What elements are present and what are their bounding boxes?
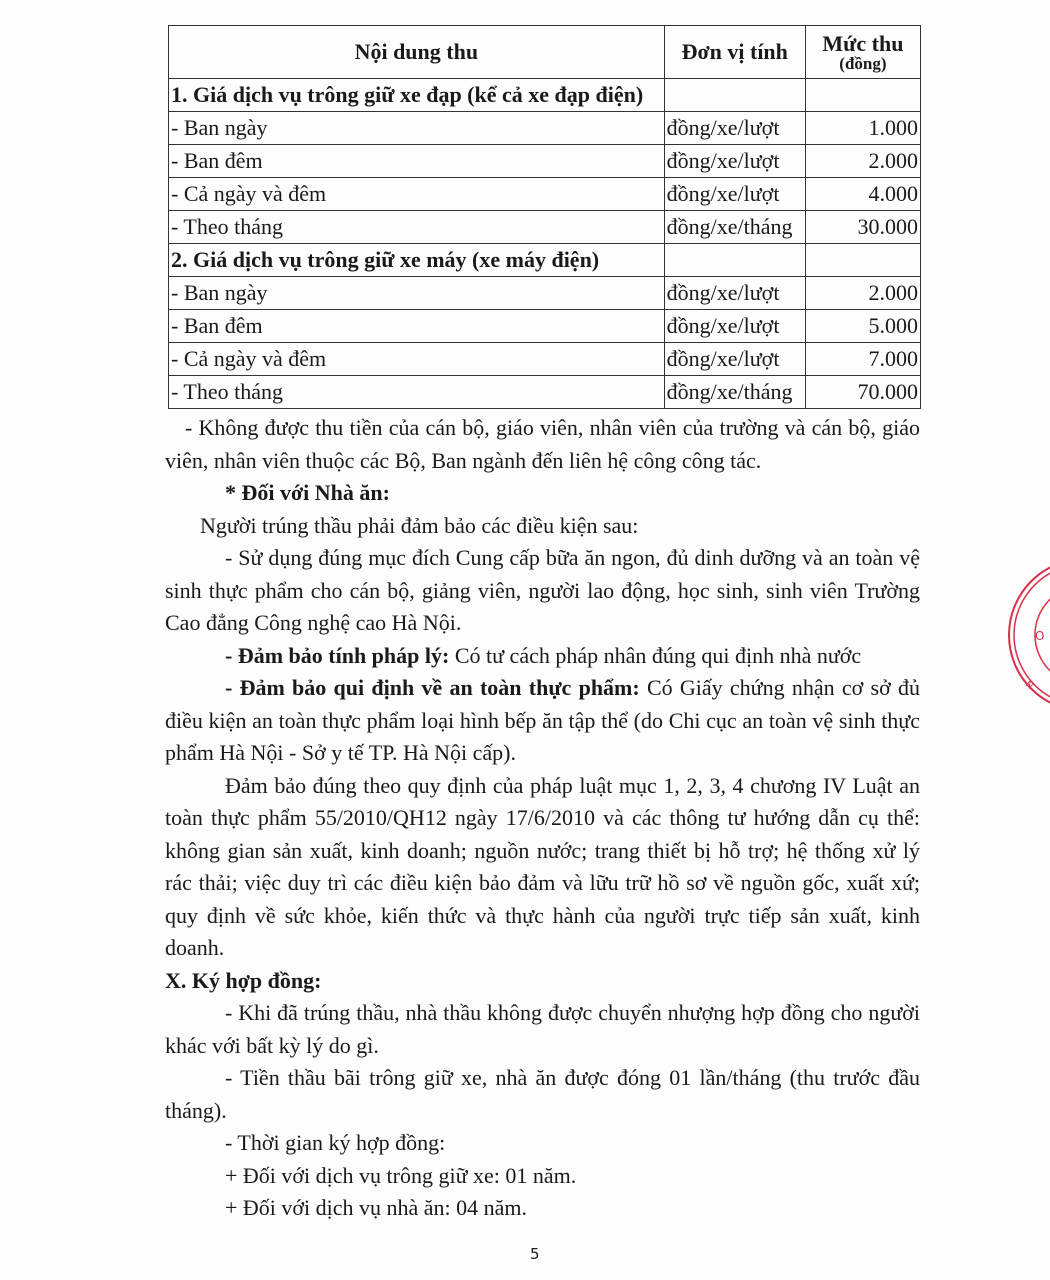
fee-unit: đồng/xe/tháng	[664, 376, 805, 409]
fee-amount: 1.000	[805, 112, 920, 145]
header-content: Nội dung thu	[169, 26, 665, 79]
svg-text:O: O	[1035, 629, 1044, 643]
header-unit: Đơn vị tính	[664, 26, 805, 79]
body-text: - Không được thu tiền của cán bộ, giáo v…	[165, 412, 920, 1225]
section-unit-empty	[664, 244, 805, 277]
section-row: 2. Giá dịch vụ trông giữ xe máy (xe máy …	[169, 244, 921, 277]
term-canteen: + Đối với dịch vụ nhà ăn: 04 năm.	[165, 1192, 920, 1225]
legal-requirement: - Đảm bảo tính pháp lý: Có tư cách pháp …	[165, 640, 920, 673]
fee-item: - Ban ngày	[169, 277, 665, 310]
table-row: - Theo thángđồng/xe/tháng70.000	[169, 376, 921, 409]
fee-item: - Theo tháng	[169, 376, 665, 409]
fee-unit: đồng/xe/lượt	[664, 145, 805, 178]
fee-amount: 30.000	[805, 211, 920, 244]
table-row: - Ban ngàyđồng/xe/lượt2.000	[169, 277, 921, 310]
section-title: 1. Giá dịch vụ trông giữ xe đạp (kể cả x…	[169, 79, 665, 112]
fee-item: - Ban đêm	[169, 310, 665, 343]
fee-item: - Ban ngày	[169, 112, 665, 145]
table-row: - Ban đêmđồng/xe/lượt5.000	[169, 310, 921, 343]
fee-amount: 5.000	[805, 310, 920, 343]
contract-term: - Thời gian ký hợp đồng:	[165, 1127, 920, 1160]
table-row: - Ban ngàyđồng/xe/lượt1.000	[169, 112, 921, 145]
fee-amount: 7.000	[805, 343, 920, 376]
no-fee-note: - Không được thu tiền của cán bộ, giáo v…	[165, 412, 920, 477]
section-amount-empty	[805, 79, 920, 112]
fee-unit: đồng/xe/tháng	[664, 211, 805, 244]
table-header-row: Nội dung thu Đơn vị tính Mức thu (đồng)	[169, 26, 921, 79]
canteen-intro: Người trúng thầu phải đảm bảo các điều k…	[165, 510, 920, 543]
fee-unit: đồng/xe/lượt	[664, 277, 805, 310]
fee-item: - Cả ngày và đêm	[169, 343, 665, 376]
fee-unit: đồng/xe/lượt	[664, 343, 805, 376]
table-row: - Ban đêmđồng/xe/lượt2.000	[169, 145, 921, 178]
fee-item: - Cả ngày và đêm	[169, 178, 665, 211]
fee-unit: đồng/xe/lượt	[664, 310, 805, 343]
term-parking: + Đối với dịch vụ trông giữ xe: 01 năm.	[165, 1160, 920, 1193]
fee-unit: đồng/xe/lượt	[664, 112, 805, 145]
fee-amount: 4.000	[805, 178, 920, 211]
canteen-heading: * Đối với Nhà ăn:	[165, 477, 920, 510]
section-amount-empty	[805, 244, 920, 277]
table-row: - Cả ngày và đêmđồng/xe/lượt4.000	[169, 178, 921, 211]
fee-item: - Theo tháng	[169, 211, 665, 244]
table-row: - Theo thángđồng/xe/tháng30.000	[169, 211, 921, 244]
red-seal-stamp-icon: O N	[1005, 555, 1050, 715]
law-paragraph: Đảm bảo đúng theo quy định của pháp luật…	[165, 770, 920, 965]
fee-table-body: 1. Giá dịch vụ trông giữ xe đạp (kể cả x…	[169, 79, 921, 409]
section-title: 2. Giá dịch vụ trông giữ xe máy (xe máy …	[169, 244, 665, 277]
canteen-purpose: - Sử dụng đúng mục đích Cung cấp bữa ăn …	[165, 542, 920, 640]
food-safety-requirement: - Đảm bảo qui định về an toàn thực phẩm:…	[165, 672, 920, 770]
section-unit-empty	[664, 79, 805, 112]
header-amount: Mức thu (đồng)	[805, 26, 920, 79]
contract-heading: X. Ký hợp đồng:	[165, 965, 920, 998]
fee-item: - Ban đêm	[169, 145, 665, 178]
document-page: Nội dung thu Đơn vị tính Mức thu (đồng) …	[0, 0, 1050, 1280]
fee-amount: 70.000	[805, 376, 920, 409]
fee-unit: đồng/xe/lượt	[664, 178, 805, 211]
fee-amount: 2.000	[805, 277, 920, 310]
contract-payment: - Tiền thầu bãi trông giữ xe, nhà ăn đượ…	[165, 1062, 920, 1127]
contract-transfer: - Khi đã trúng thầu, nhà thầu không được…	[165, 997, 920, 1062]
table-row: - Cả ngày và đêmđồng/xe/lượt7.000	[169, 343, 921, 376]
fee-table: Nội dung thu Đơn vị tính Mức thu (đồng) …	[168, 25, 921, 409]
page-number: 5	[530, 1245, 540, 1263]
section-row: 1. Giá dịch vụ trông giữ xe đạp (kể cả x…	[169, 79, 921, 112]
fee-amount: 2.000	[805, 145, 920, 178]
